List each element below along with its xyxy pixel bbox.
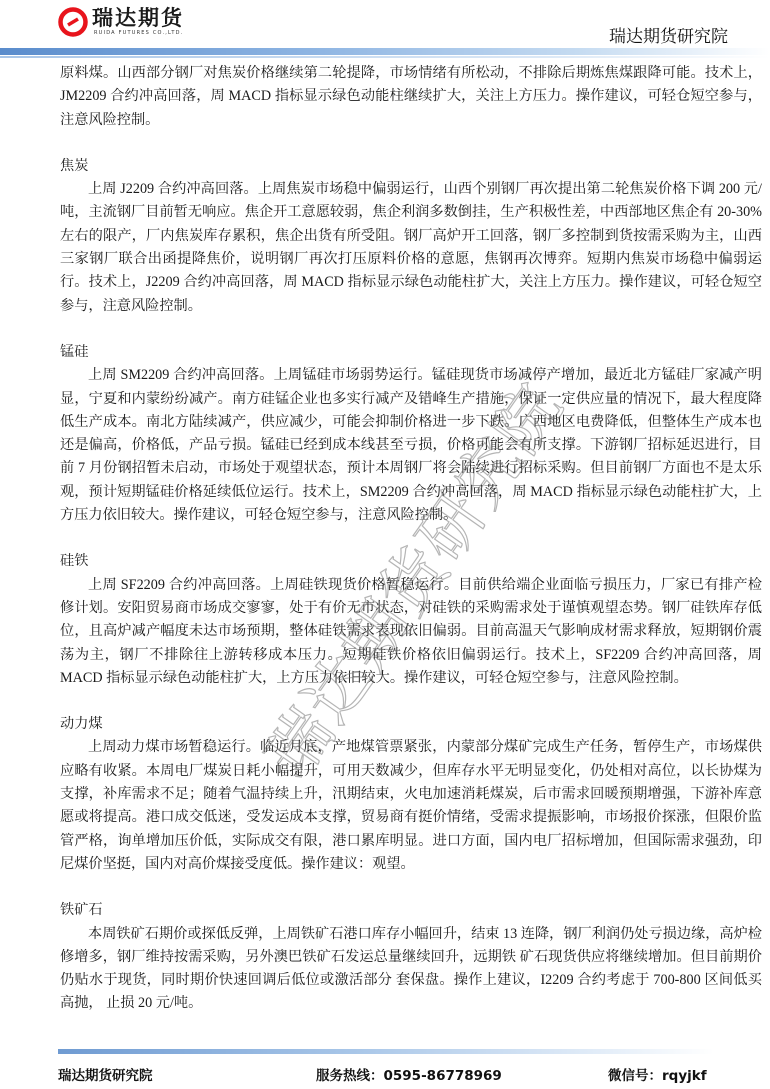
footer-wechat: 微信号：rqyjkf bbox=[608, 1064, 707, 1084]
section-body: 上周 SF2209 合约冲高回落。上周硅铁现货价格暂稳运行。目前供给端企业面临亏… bbox=[60, 574, 762, 690]
company-logo: 瑞达期货 RUIDA FUTURES CO.,LTD. bbox=[58, 6, 184, 37]
ruida-logo-icon bbox=[58, 7, 88, 37]
footer-hotline: 服务热线：0595-86778969 bbox=[316, 1064, 502, 1084]
footer-divider-bar bbox=[58, 1049, 714, 1054]
section-body: 上周 SM2209 合约冲高回落。上周锰硅市场弱势运行。锰硅现货市场减停产增加，… bbox=[60, 364, 762, 527]
section-silicomanganese: 锰硅 上周 SM2209 合约冲高回落。上周锰硅市场弱势运行。锰硅现货市场减停产… bbox=[60, 341, 762, 527]
logo-name-cn: 瑞达期货 bbox=[92, 6, 184, 30]
header-title: 瑞达期货研究院 bbox=[609, 22, 728, 47]
section-title: 动力煤 bbox=[60, 713, 762, 736]
section-title: 焦炭 bbox=[60, 155, 762, 178]
intro-paragraph: 原料煤。山西部分钢厂对焦炭价格继续第二轮提降，市场情绪有所松动，不排除后期炼焦煤… bbox=[60, 62, 762, 132]
logo-name-en: RUIDA FUTURES CO.,LTD. bbox=[94, 30, 184, 37]
page-header: 瑞达期货 RUIDA FUTURES CO.,LTD. 瑞达期货研究院 bbox=[0, 0, 770, 60]
report-body: 原料煤。山西部分钢厂对焦炭价格继续第二轮提降，市场情绪有所松动，不排除后期炼焦煤… bbox=[60, 62, 762, 1016]
section-body: 本周铁矿石期价或探低反弹，上周铁矿石港口库存小幅回升，结束 13 连降，钢厂利润… bbox=[60, 923, 762, 1016]
section-coke: 焦炭 上周 J2209 合约冲高回落。上周焦炭市场稳中偏弱运行，山西个别钢厂再次… bbox=[60, 155, 762, 318]
header-divider-bar bbox=[0, 48, 770, 55]
section-ferrosilicon: 硅铁 上周 SF2209 合约冲高回落。上周硅铁现货价格暂稳运行。目前供给端企业… bbox=[60, 550, 762, 690]
page-footer: 瑞达期货研究院 服务热线：0595-86778969 微信号：rqyjkf bbox=[58, 1064, 718, 1086]
section-title: 铁矿石 bbox=[60, 899, 762, 922]
section-title: 硅铁 bbox=[60, 550, 762, 573]
header-divider-line bbox=[0, 56, 770, 58]
section-body: 上周动力煤市场暂稳运行。临近月底，产地煤管票紧张，内蒙部分煤矿完成生产任务，暂停… bbox=[60, 736, 762, 876]
section-iron-ore: 铁矿石 本周铁矿石期价或探低反弹，上周铁矿石港口库存小幅回升，结束 13 连降，… bbox=[60, 899, 762, 1015]
footer-org: 瑞达期货研究院 bbox=[58, 1064, 153, 1084]
section-title: 锰硅 bbox=[60, 341, 762, 364]
section-thermal-coal: 动力煤 上周动力煤市场暂稳运行。临近月底，产地煤管票紧张，内蒙部分煤矿完成生产任… bbox=[60, 713, 762, 876]
section-body: 上周 J2209 合约冲高回落。上周焦炭市场稳中偏弱运行，山西个别钢厂再次提出第… bbox=[60, 178, 762, 318]
